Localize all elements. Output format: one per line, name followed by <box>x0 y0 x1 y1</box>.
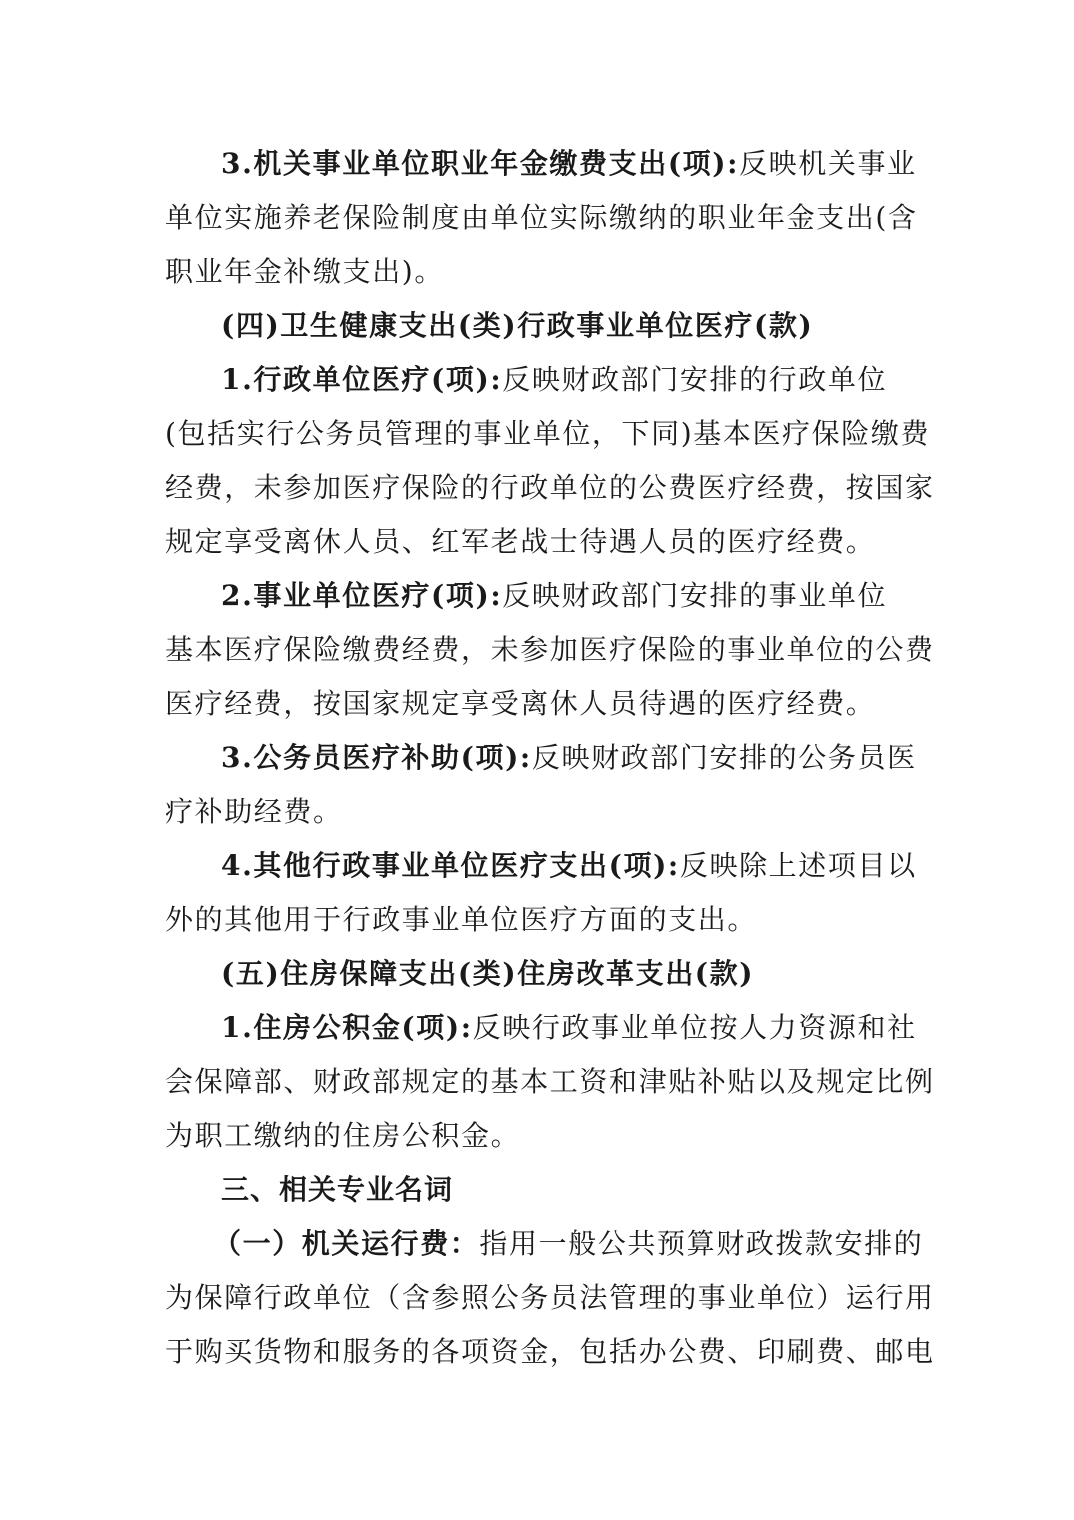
item-text: 反映财政部门安排的行政单位 <box>502 363 887 396</box>
paragraph-line: 4.其他行政事业单位医疗支出(项):反映除上述项目以 <box>165 846 911 900</box>
paragraph-line: 1.行政单位医疗(项):反映财政部门安排的行政单位 <box>165 360 911 414</box>
paragraph-line: 规定享受离休人员、红军老战士待遇人员的医疗经费。 <box>165 522 911 576</box>
subsection-heading: (五)住房保障支出(类)住房改革支出(款) <box>165 954 911 1008</box>
term-title: （一）机关运行费： <box>213 1227 479 1260</box>
document-page: 3.机关事业单位职业年金缴费支出(项):反映机关事业 单位实施养老保险制度由单位… <box>165 144 911 1386</box>
term-text: 指用一般公共预算财政拨款安排的 <box>479 1227 923 1260</box>
item-title: 3.机关事业单位职业年金缴费支出(项): <box>221 147 739 180</box>
item-text: 反映财政部门安排的公务员医 <box>532 741 917 774</box>
item-title: 1.住房公积金(项): <box>221 1011 473 1044</box>
paragraph-line: 为职工缴纳的住房公积金。 <box>165 1116 911 1170</box>
paragraph-line: 职业年金补缴支出)。 <box>165 252 911 306</box>
item-title: 4.其他行政事业单位医疗支出(项): <box>221 849 680 882</box>
paragraph-line: 经费，未参加医疗保险的行政单位的公费医疗经费，按国家 <box>165 468 911 522</box>
item-title: 2.事业单位医疗(项): <box>221 579 502 612</box>
paragraph-line: 基本医疗保险缴费经费，未参加医疗保险的事业单位的公费 <box>165 630 911 684</box>
paragraph-line: （一）机关运行费：指用一般公共预算财政拨款安排的 <box>165 1224 911 1278</box>
paragraph-line: 1.住房公积金(项):反映行政事业单位按人力资源和社 <box>165 1008 911 1062</box>
paragraph-line: 医疗经费，按国家规定享受离休人员待遇的医疗经费。 <box>165 684 911 738</box>
item-text: 反映财政部门安排的事业单位 <box>502 579 887 612</box>
paragraph-line: 会保障部、财政部规定的基本工资和津贴补贴以及规定比例 <box>165 1062 911 1116</box>
paragraph-line: 3.机关事业单位职业年金缴费支出(项):反映机关事业 <box>165 144 911 198</box>
item-title: 3.公务员医疗补助(项): <box>221 741 532 774</box>
item-text: 反映行政事业单位按人力资源和社 <box>473 1011 917 1044</box>
paragraph-line: 疗补助经费。 <box>165 792 911 846</box>
subsection-heading: (四)卫生健康支出(类)行政事业单位医疗(款) <box>165 306 911 360</box>
paragraph-line: 外的其他用于行政事业单位医疗方面的支出。 <box>165 900 911 954</box>
item-text: 反映除上述项目以 <box>680 849 917 882</box>
paragraph-line: 为保障行政单位（含参照公务员法管理的事业单位）运行用 <box>165 1278 911 1332</box>
section-heading: 三、相关专业名词 <box>165 1170 911 1224</box>
item-text: 反映机关事业 <box>739 147 917 180</box>
paragraph-line: (包括实行公务员管理的事业单位，下同)基本医疗保险缴费 <box>165 414 911 468</box>
paragraph-line: 2.事业单位医疗(项):反映财政部门安排的事业单位 <box>165 576 911 630</box>
paragraph-line: 单位实施养老保险制度由单位实际缴纳的职业年金支出(含 <box>165 198 911 252</box>
paragraph-line: 3.公务员医疗补助(项):反映财政部门安排的公务员医 <box>165 738 911 792</box>
paragraph-line: 于购买货物和服务的各项资金，包括办公费、印刷费、邮电 <box>165 1332 911 1386</box>
item-title: 1.行政单位医疗(项): <box>221 363 502 396</box>
